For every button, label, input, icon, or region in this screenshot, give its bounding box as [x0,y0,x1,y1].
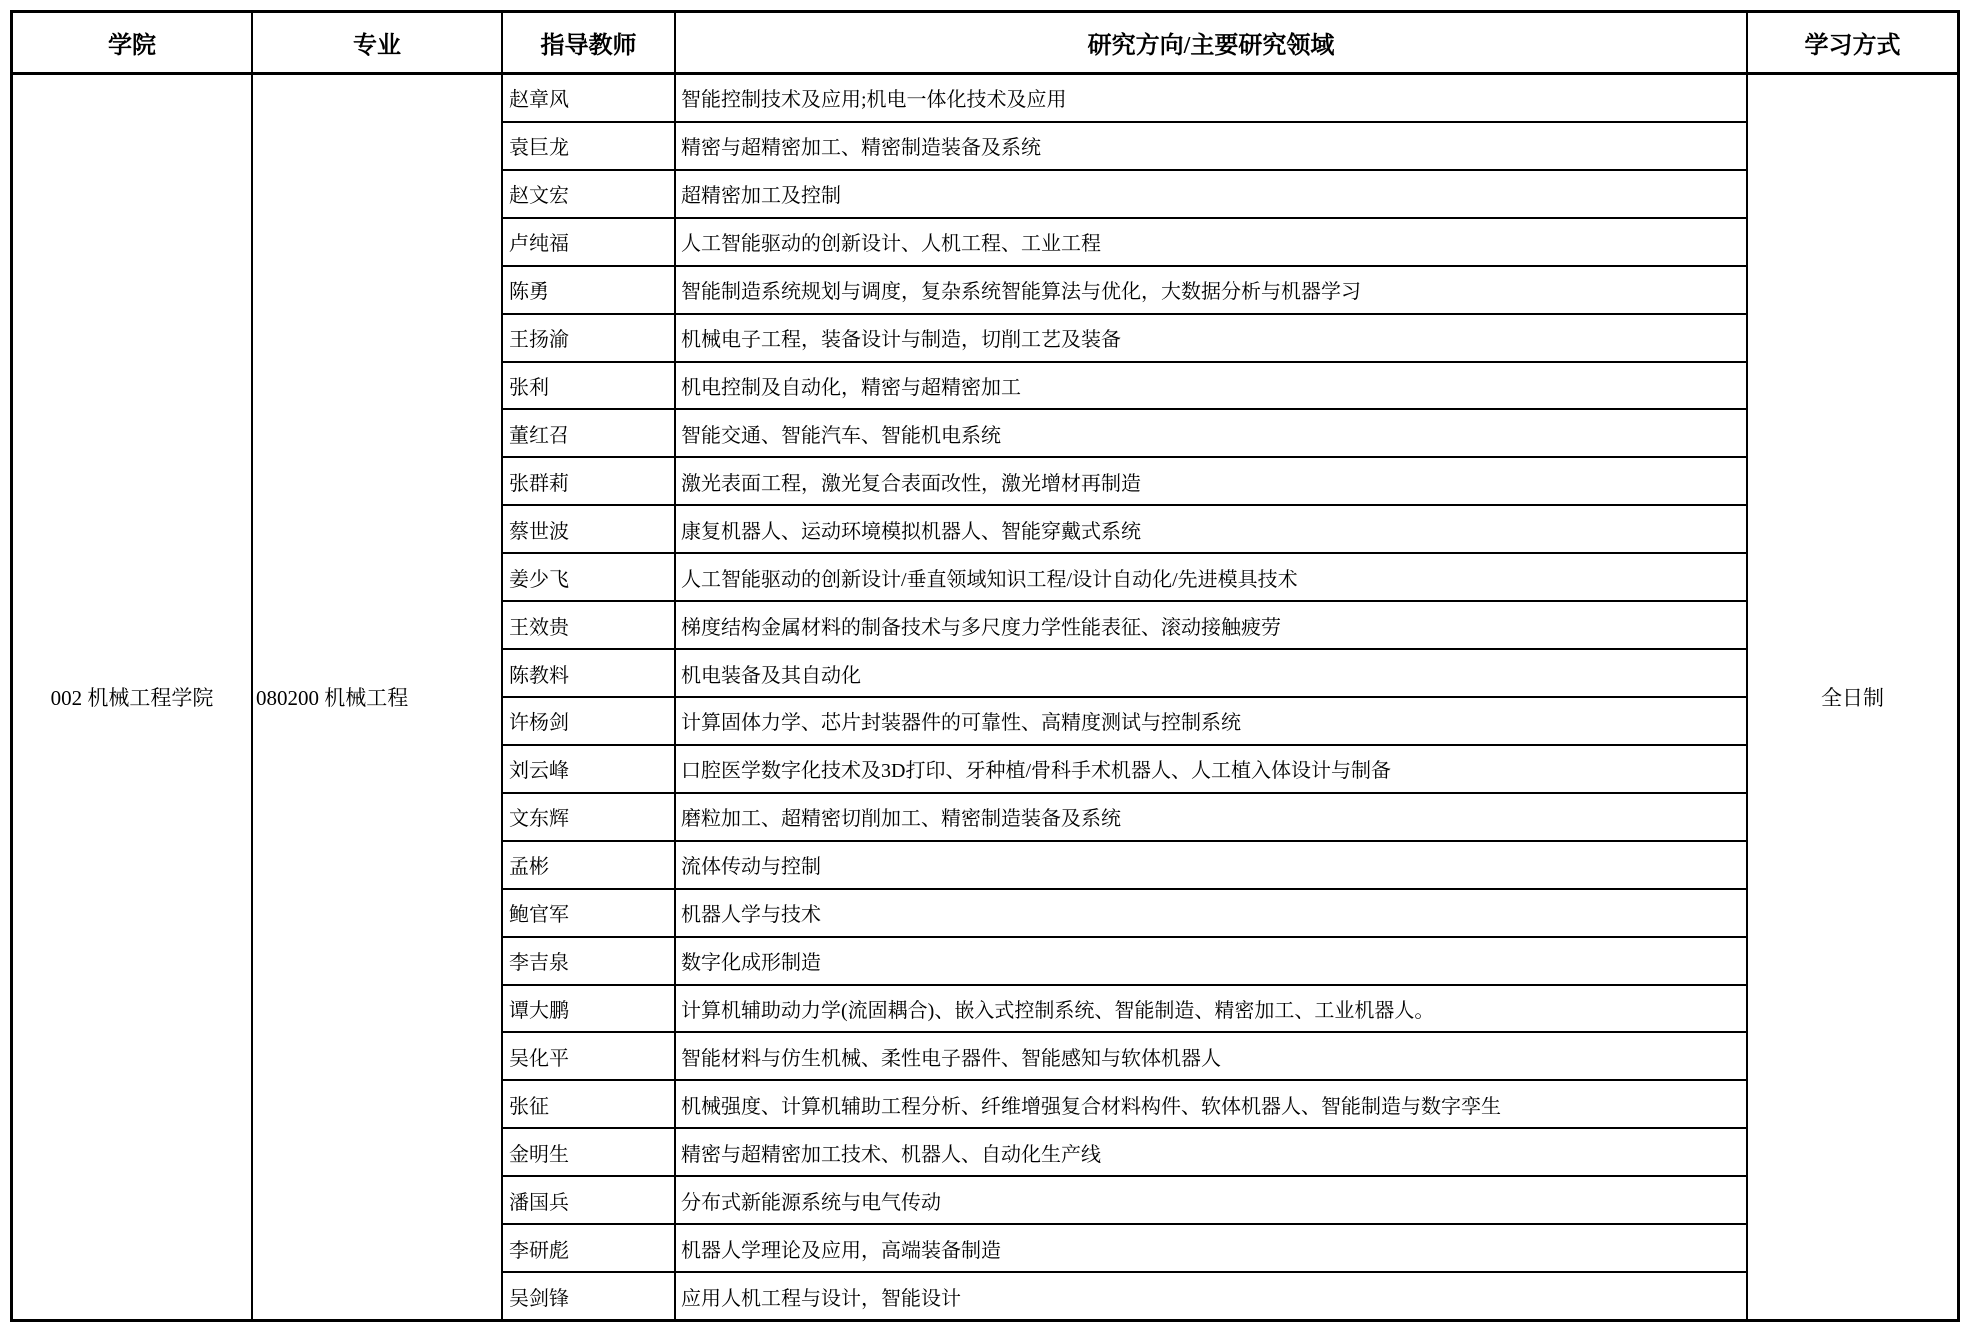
research-cell: 数字化成形制造 [676,938,1746,984]
table-row: 卢纯福 人工智能驱动的创新设计、人机工程、工业工程 [503,217,1746,265]
major-cell: 080200 机械工程 [253,75,501,1319]
table-row: 董红召 智能交通、智能汽车、智能机电系统 [503,408,1746,456]
column-major: 专业 080200 机械工程 [253,13,503,1319]
research-cell: 智能制造系统规划与调度，复杂系统智能算法与优化，大数据分析与机器学习 [676,267,1746,313]
teacher-cell: 董红召 [503,410,676,456]
table-row: 陈教料 机电装备及其自动化 [503,648,1746,696]
research-cell: 精密与超精密加工技术、机器人、自动化生产线 [676,1129,1746,1175]
table-row: 李吉泉 数字化成形制造 [503,936,1746,984]
page: 学院 002 机械工程学院 专业 080200 机械工程 指导教师 研究方向/主… [0,0,1980,1334]
table-row: 赵文宏 超精密加工及控制 [503,169,1746,217]
teacher-cell: 谭大鹏 [503,986,676,1032]
table-row: 张征 机械强度、计算机辅助工程分析、纤维增强复合材料构件、软体机器人、智能制造与… [503,1079,1746,1127]
teacher-cell: 赵章风 [503,75,676,121]
teacher-cell: 孟彬 [503,842,676,888]
research-cell: 康复机器人、运动环境模拟机器人、智能穿戴式系统 [676,506,1746,552]
teacher-cell: 蔡世波 [503,506,676,552]
teacher-cell: 金明生 [503,1129,676,1175]
table-row: 王效贵 梯度结构金属材料的制备技术与多尺度力学性能表征、滚动接触疲劳 [503,600,1746,648]
teacher-cell: 吴剑锋 [503,1273,676,1319]
table-row: 袁巨龙 精密与超精密加工、精密制造装备及系统 [503,121,1746,169]
teacher-cell: 王效贵 [503,602,676,648]
column-header-major: 专业 [253,13,501,75]
teacher-cell: 陈教料 [503,650,676,696]
research-cell: 流体传动与控制 [676,842,1746,888]
teacher-cell: 潘国兵 [503,1177,676,1223]
table-row: 姜少飞 人工智能驱动的创新设计/垂直领域知识工程/设计自动化/先进模具技术 [503,552,1746,600]
column-header-study-mode: 学习方式 [1748,13,1957,75]
research-cell: 激光表面工程，激光复合表面改性，激光增材再制造 [676,458,1746,504]
study-mode-cell: 全日制 [1748,75,1957,1319]
research-cell: 分布式新能源系统与电气传动 [676,1177,1746,1223]
research-cell: 机电控制及自动化，精密与超精密加工 [676,363,1746,409]
table-row: 陈勇 智能制造系统规划与调度，复杂系统智能算法与优化，大数据分析与机器学习 [503,265,1746,313]
college-cell: 002 机械工程学院 [13,75,251,1319]
advisor-rows: 赵章风 智能控制技术及应用;机电一体化技术及应用 袁巨龙 精密与超精密加工、精密… [503,75,1746,1319]
column-header-college: 学院 [13,13,251,75]
table-row: 金明生 精密与超精密加工技术、机器人、自动化生产线 [503,1127,1746,1175]
teacher-cell: 陈勇 [503,267,676,313]
advisor-table: 学院 002 机械工程学院 专业 080200 机械工程 指导教师 研究方向/主… [10,10,1960,1322]
table-row: 刘云峰 口腔医学数字化技术及3D打印、牙种植/骨科手术机器人、人工植入体设计与制… [503,744,1746,792]
research-cell: 人工智能驱动的创新设计/垂直领域知识工程/设计自动化/先进模具技术 [676,554,1746,600]
table-row: 张利 机电控制及自动化，精密与超精密加工 [503,361,1746,409]
research-cell: 机器人学理论及应用，高端装备制造 [676,1225,1746,1271]
teacher-cell: 姜少飞 [503,554,676,600]
teacher-cell: 文东辉 [503,794,676,840]
research-cell: 计算机辅助动力学(流固耦合)、嵌入式控制系统、智能制造、精密加工、工业机器人。 [676,986,1746,1032]
table-row: 王扬渝 机械电子工程，装备设计与制造，切削工艺及装备 [503,313,1746,361]
teacher-cell: 张征 [503,1081,676,1127]
table-row: 吴剑锋 应用人机工程与设计，智能设计 [503,1271,1746,1319]
research-cell: 梯度结构金属材料的制备技术与多尺度力学性能表征、滚动接触疲劳 [676,602,1746,648]
table-row: 鲍官军 机器人学与技术 [503,888,1746,936]
table-row: 吴化平 智能材料与仿生机械、柔性电子器件、智能感知与软体机器人 [503,1031,1746,1079]
table-row: 许杨剑 计算固体力学、芯片封装器件的可靠性、高精度测试与控制系统 [503,696,1746,744]
research-cell: 口腔医学数字化技术及3D打印、牙种植/骨科手术机器人、人工植入体设计与制备 [676,746,1746,792]
research-cell: 超精密加工及控制 [676,171,1746,217]
teacher-cell: 李吉泉 [503,938,676,984]
table-row: 文东辉 磨粒加工、超精密切削加工、精密制造装备及系统 [503,792,1746,840]
column-header-research: 研究方向/主要研究领域 [676,13,1746,72]
research-cell: 应用人机工程与设计，智能设计 [676,1273,1746,1319]
table-row: 赵章风 智能控制技术及应用;机电一体化技术及应用 [503,75,1746,121]
teacher-cell: 袁巨龙 [503,123,676,169]
research-cell: 智能交通、智能汽车、智能机电系统 [676,410,1746,456]
research-cell: 机械强度、计算机辅助工程分析、纤维增强复合材料构件、软体机器人、智能制造与数字孪… [676,1081,1746,1127]
teacher-cell: 鲍官军 [503,890,676,936]
table-row: 潘国兵 分布式新能源系统与电气传动 [503,1175,1746,1223]
teacher-cell: 王扬渝 [503,315,676,361]
teacher-cell: 吴化平 [503,1033,676,1079]
teacher-cell: 李研彪 [503,1225,676,1271]
column-teacher-research: 指导教师 研究方向/主要研究领域 赵章风 智能控制技术及应用;机电一体化技术及应… [503,13,1746,1319]
research-cell: 机械电子工程，装备设计与制造，切削工艺及装备 [676,315,1746,361]
research-cell: 磨粒加工、超精密切削加工、精密制造装备及系统 [676,794,1746,840]
column-study-mode: 学习方式 全日制 [1746,13,1957,1319]
column-college: 学院 002 机械工程学院 [13,13,253,1319]
research-cell: 机器人学与技术 [676,890,1746,936]
research-cell: 精密与超精密加工、精密制造装备及系统 [676,123,1746,169]
table-row: 张群莉 激光表面工程，激光复合表面改性，激光增材再制造 [503,456,1746,504]
teacher-cell: 许杨剑 [503,698,676,744]
research-cell: 智能材料与仿生机械、柔性电子器件、智能感知与软体机器人 [676,1033,1746,1079]
table-row: 蔡世波 康复机器人、运动环境模拟机器人、智能穿戴式系统 [503,504,1746,552]
teacher-cell: 卢纯福 [503,219,676,265]
teacher-cell: 赵文宏 [503,171,676,217]
research-cell: 计算固体力学、芯片封装器件的可靠性、高精度测试与控制系统 [676,698,1746,744]
research-cell: 智能控制技术及应用;机电一体化技术及应用 [676,75,1746,121]
column-header-teacher: 指导教师 [503,13,676,72]
table-row: 谭大鹏 计算机辅助动力学(流固耦合)、嵌入式控制系统、智能制造、精密加工、工业机… [503,984,1746,1032]
research-cell: 机电装备及其自动化 [676,650,1746,696]
header-row: 指导教师 研究方向/主要研究领域 [503,13,1746,75]
teacher-cell: 刘云峰 [503,746,676,792]
table-row: 李研彪 机器人学理论及应用，高端装备制造 [503,1223,1746,1271]
teacher-cell: 张群莉 [503,458,676,504]
table-row: 孟彬 流体传动与控制 [503,840,1746,888]
teacher-cell: 张利 [503,363,676,409]
research-cell: 人工智能驱动的创新设计、人机工程、工业工程 [676,219,1746,265]
